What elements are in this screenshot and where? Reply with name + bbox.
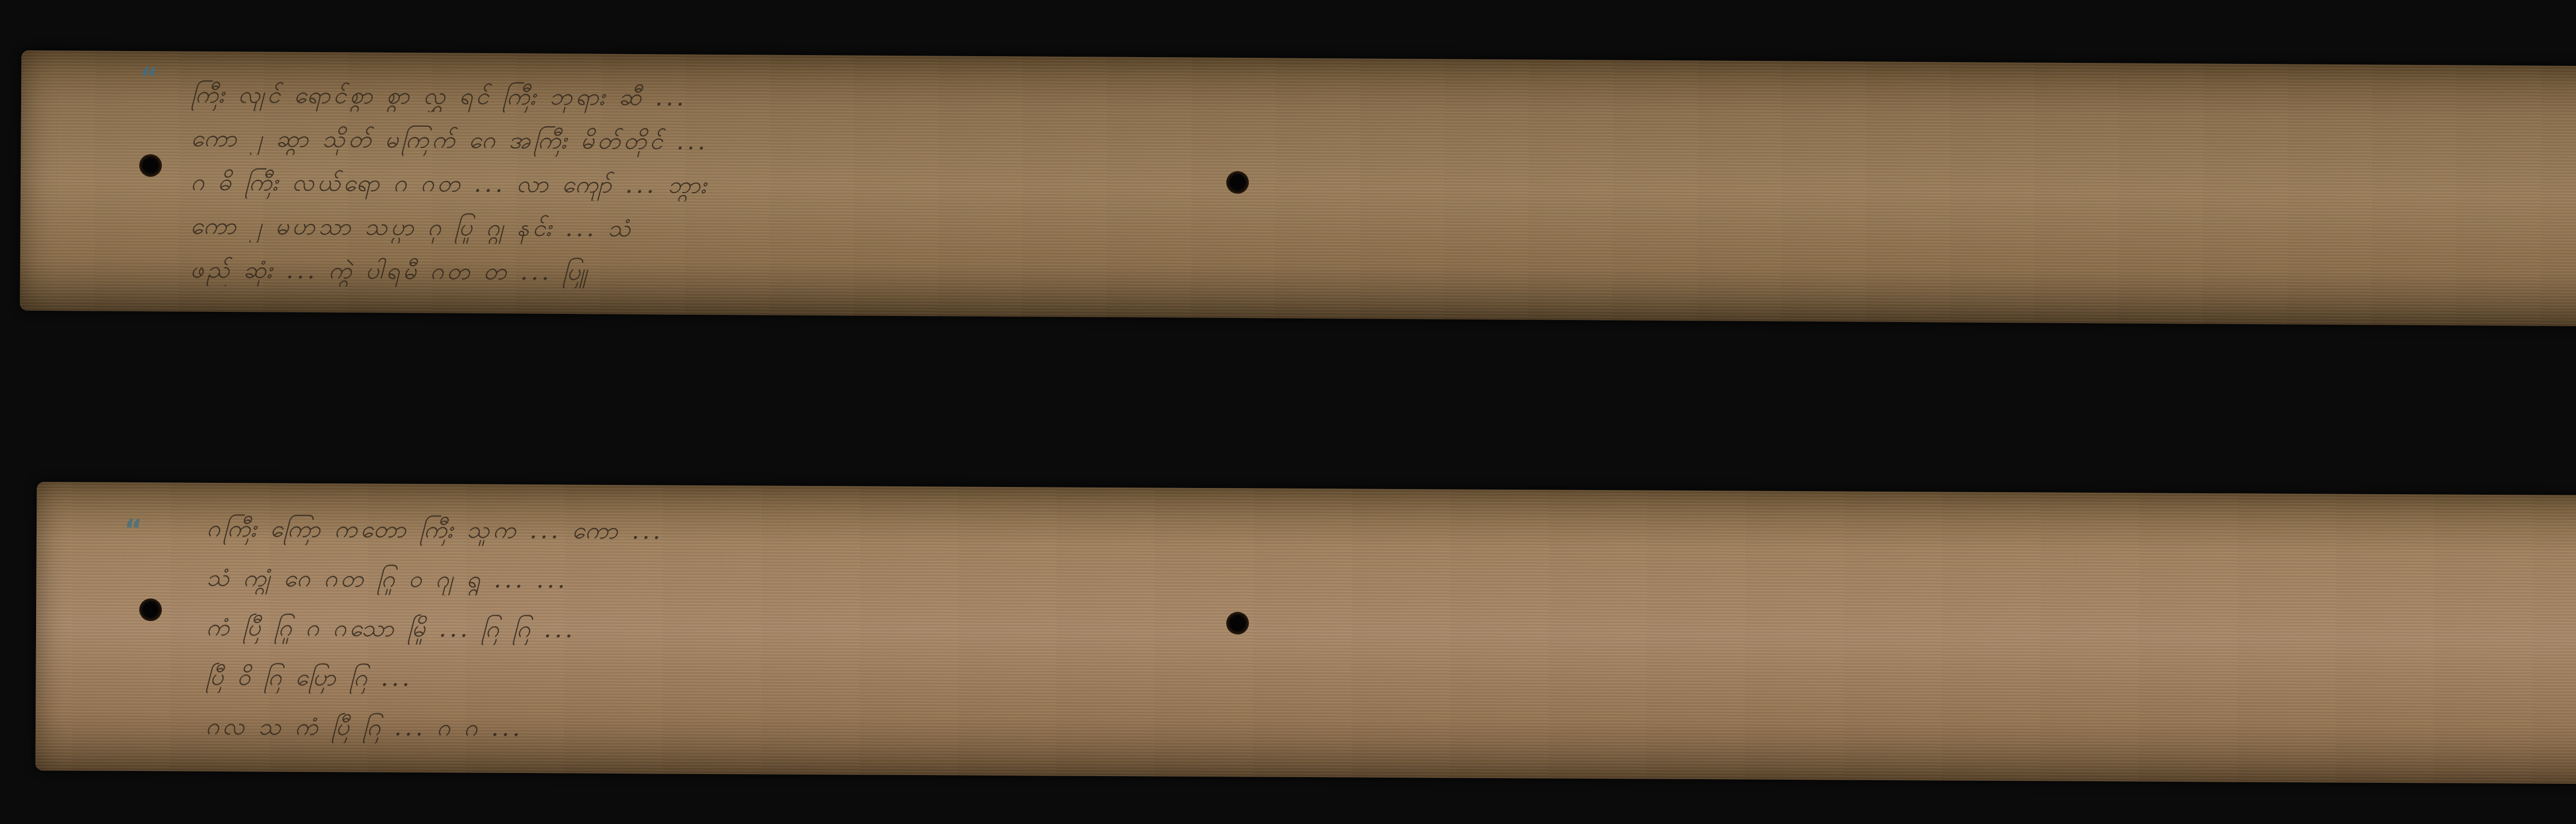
manuscript-text-block: ဂကြီး ကြော ကတော ကြီး သူက ... ကော ... သံ … [206,503,2576,765]
palm-leaf-folio-top: “ “ ကြီး လျင် ရောင်စွာ စွာ လွှ ရင် ကြီး … [20,51,2576,329]
string-hole-left [139,154,162,177]
manuscript-line: သံ ကျွံ ဂေ ဂတ ဂြု ဝ ဂျ ရွ ... ... [206,561,2576,608]
folio-number-mark: “ [124,513,143,546]
manuscript-line: ဂ ဓိ ကြီး လယ်ရော ဂ ဂတ ... လာ ကျော် ... ဘ… [191,165,2576,214]
palm-leaf-folio-bottom: “ “ ဂကြီး ကြော ကတော ကြီး သူက ... ကော ...… [36,482,2576,786]
manuscript-line: ဂကြီး ကြော ကတော ကြီး သူက ... ကော ... [207,512,2576,559]
manuscript-line: ကော ၂ မဟသာ သပ္ပာ ဂှ ပြု ဂျွ နင်း ... သံ [190,209,2576,258]
string-hole-left [139,598,162,621]
manuscript-line: ပြီ ဝိ ဂြ ပြော ဂြ ... [206,660,2576,707]
manuscript-line: ကြီး လျင် ရောင်စွာ စွာ လွှ ရင် ကြီး ဘုရာ… [191,77,2576,126]
manuscript-line: ကော ၂ ဆွာ သိုတ် မကြက် ဂေ အကြီး မိတ်တိုင်… [191,121,2576,170]
manuscript-line: ဂလ သ ကံ ပြီ ဂြ ... ဂ ဂ ... [206,710,2576,756]
manuscript-line: ကံ ပြီ ဂြု ဂ ဂသော မြို ... ဂြ ဂြ ... [206,611,2576,658]
folio-number-mark: “ [140,61,158,94]
manuscript-line: ဖည် ဆုံး ... ကွဲ ပါရမီ ဂတ တ ... ပြူ [190,253,2576,301]
manuscript-text-block: ကြီး လျင် ရောင်စွာ စွာ လွှ ရင် ကြီး ဘုရာ… [190,72,2576,307]
